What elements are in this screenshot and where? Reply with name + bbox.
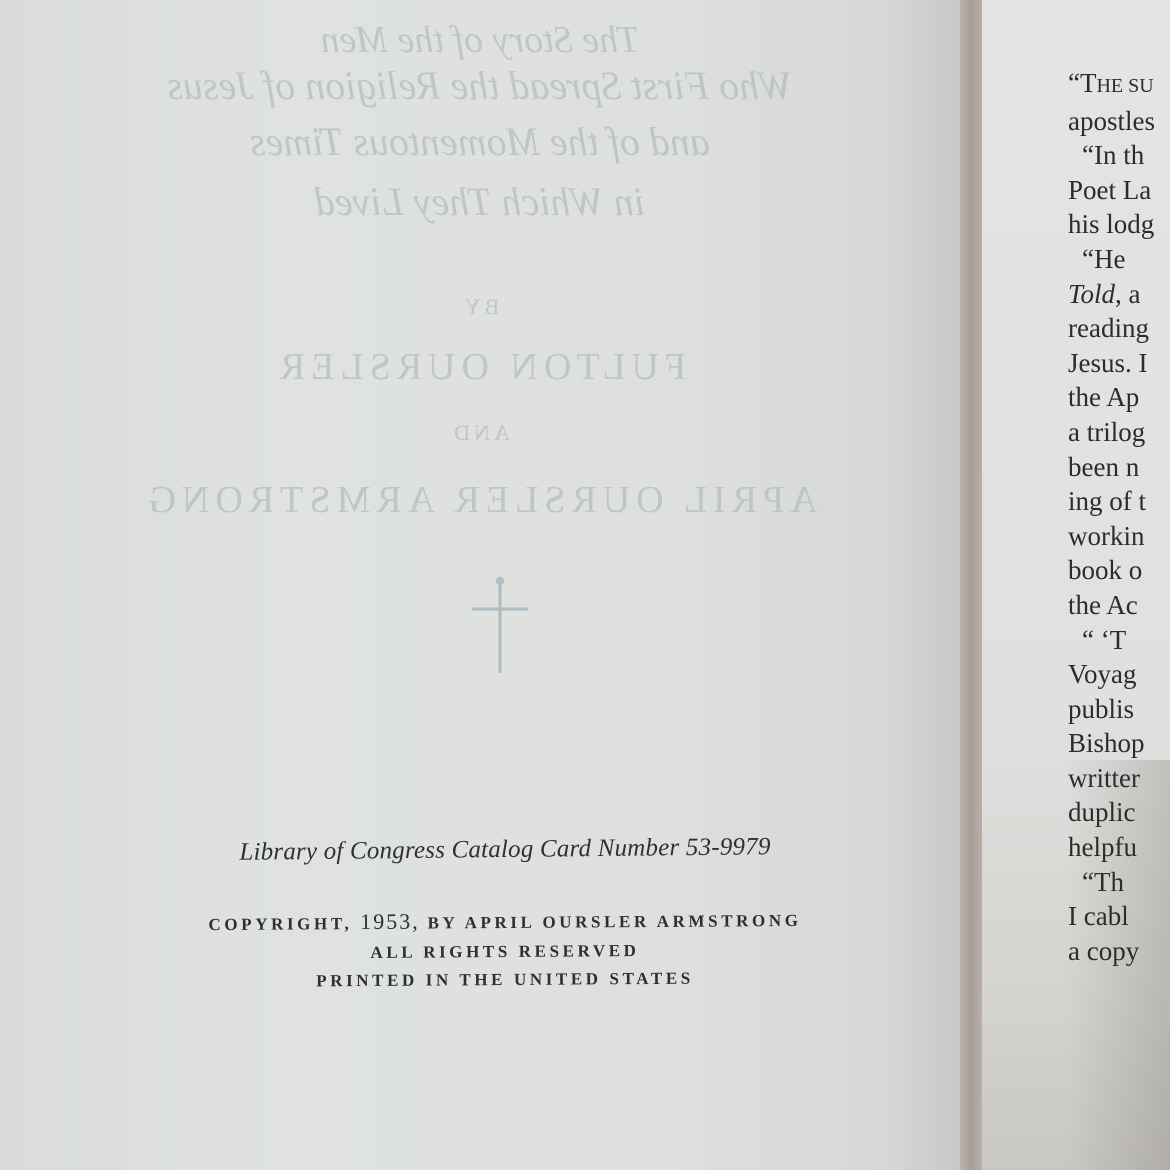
copyright-line: COPYRIGHT, 1953, BY APRIL OURSLER ARMSTR… [0, 904, 1010, 937]
text-line: “THE SU [1068, 66, 1170, 104]
text-line: a trilog [1068, 415, 1170, 450]
rights-reserved-line: ALL RIGHTS RESERVED [0, 938, 1010, 965]
text-line: duplic [1068, 795, 1170, 830]
text-line: reading [1068, 311, 1170, 346]
text-line: “In th [1068, 138, 1170, 173]
text-line: “Th [1068, 865, 1170, 900]
catalog-card-number: Library of Congress Catalog Card Number … [0, 831, 1010, 870]
text-line: ing of t [1068, 484, 1170, 519]
text-line: workin [1068, 519, 1170, 554]
page-gutter [960, 0, 982, 1170]
text-line: the Ac [1068, 588, 1170, 623]
bleed-and: AND [0, 420, 960, 446]
bleed-subtitle-line-1: The Story of the Men [0, 18, 960, 62]
text-line: “ ‘T [1068, 623, 1170, 658]
printed-in-line: PRINTED IN THE UNITED STATES [0, 966, 1010, 993]
text-line: publis [1068, 692, 1170, 727]
text-line: I cabl [1068, 899, 1170, 934]
bleed-subtitle-line-4: in Which They Lived [0, 178, 960, 225]
left-page: The Story of the Men Who First Spread th… [0, 0, 960, 1170]
bleed-author-1: FULTON OURSLER [0, 345, 960, 389]
bleed-subtitle-line-2: Who First Spread the Religion of Jesus [0, 62, 960, 109]
text-line: his lodg [1068, 207, 1170, 242]
bleed-by: BY [0, 294, 960, 320]
text-line: Bishop [1068, 726, 1170, 761]
text-line: writter [1068, 761, 1170, 796]
copyright-holder: BY APRIL OURSLER ARMSTRONG [427, 911, 801, 933]
text-line: “He [1068, 242, 1170, 277]
text-line: helpfu [1068, 830, 1170, 865]
text-line: Voyag [1068, 657, 1170, 692]
text-line: Told, a [1068, 277, 1170, 312]
cross-icon [470, 575, 530, 675]
copyright-prefix: COPYRIGHT, [208, 914, 352, 934]
copyright-year: 1953, [360, 909, 420, 934]
bleed-author-2: APRIL OURSLER ARMSTRONG [0, 478, 960, 522]
right-page-text: “THE SU apostles “In th Poet La his lodg… [1068, 66, 1170, 968]
text-line: Poet La [1068, 173, 1170, 208]
text-line: the Ap [1068, 380, 1170, 415]
text-line: book o [1068, 553, 1170, 588]
text-line: Jesus. I [1068, 346, 1170, 381]
bleed-subtitle-line-3: and of the Momentous Times [0, 118, 960, 165]
text-line: a copy [1068, 934, 1170, 969]
text-line: apostles [1068, 104, 1170, 139]
text-line: been n [1068, 450, 1170, 485]
